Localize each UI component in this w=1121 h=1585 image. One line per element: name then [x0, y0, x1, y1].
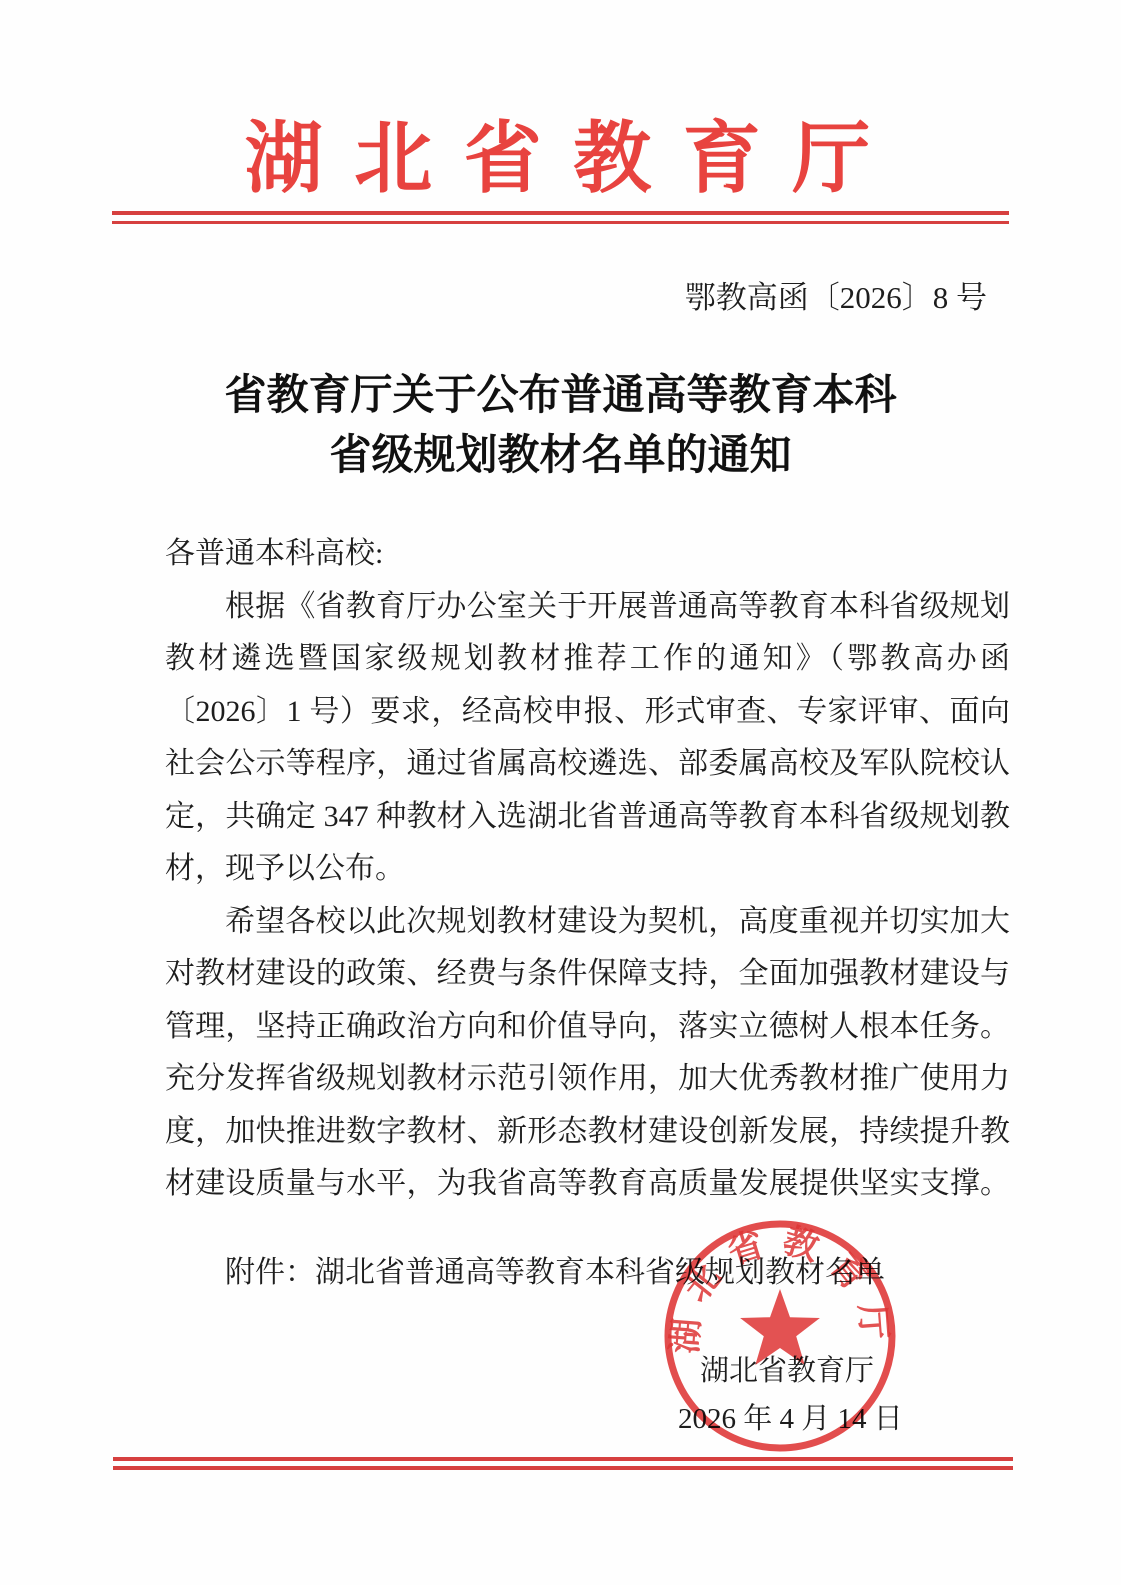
body-line: 材建设质量与水平，为我省高等教育高质量发展提供坚实支撑。: [165, 1158, 1010, 1211]
body-line: 充分发挥省级规划教材示范引领作用，加大优秀教材推广使用力: [165, 1053, 1010, 1106]
body-line: 对教材建设的政策、经费与条件保障支持，全面加强教材建设与: [165, 948, 1010, 1001]
document-title: 省教育厅关于公布普通高等教育本科 省级规划教材名单的通知: [0, 366, 1121, 486]
body-line: 材，现予以公布。: [165, 843, 1010, 896]
salutation: 各普通本科高校:: [165, 528, 1010, 581]
body-line: 社会公示等程序，通过省属高校遴选、部委属高校及军队院校认: [165, 738, 1010, 791]
body-line: 度，加快推进数字教材、新形态教材建设创新发展，持续提升教: [165, 1106, 1010, 1159]
body-line: 根据《省教育厅办公室关于开展普通高等教育本科省级规划: [165, 581, 1010, 634]
body-line: 希望各校以此次规划教材建设为契机，高度重视并切实加大: [165, 896, 1010, 949]
body-line: 〔2026〕1 号）要求，经高校申报、形式审查、专家评审、面向: [165, 686, 1010, 739]
attachment-line: 附件：湖北省普通高等教育本科省级规划教材名单: [165, 1248, 1010, 1298]
document-number: 鄂教高函〔2026〕8 号: [685, 272, 987, 317]
masthead-rule-bottom: [112, 221, 1009, 224]
document-title-line2: 省级规划教材名单的通知: [0, 426, 1121, 486]
footer-rule-top: [113, 1457, 1013, 1461]
document-page: 湖 北 省 教 育 厅 鄂教高函〔2026〕8 号 省教育厅关于公布普通高等教育…: [0, 0, 1121, 1585]
signature-agency: 湖北省教育厅: [700, 1352, 874, 1390]
body-line: 定，共确定 347 种教材入选湖北省普通高等教育本科省级规划教: [165, 791, 1010, 844]
footer-rule-bottom: [113, 1466, 1013, 1470]
body-line: 管理，坚持正确政治方向和价值导向，落实立德树人根本任务。: [165, 1001, 1010, 1054]
masthead-agency-name: 湖 北 省 教 育 厅: [0, 96, 1121, 208]
body-line: 教材遴选暨国家级规划教材推荐工作的通知》（鄂教高办函: [165, 633, 1010, 686]
signature-date: 2026 年 4 月 14 日: [678, 1400, 903, 1438]
body-text: 各普通本科高校: 根据《省教育厅办公室关于开展普通高等教育本科省级规划 教材遴选…: [165, 528, 1010, 1211]
document-title-line1: 省教育厅关于公布普通高等教育本科: [0, 366, 1121, 426]
masthead-rule-top: [112, 211, 1009, 215]
